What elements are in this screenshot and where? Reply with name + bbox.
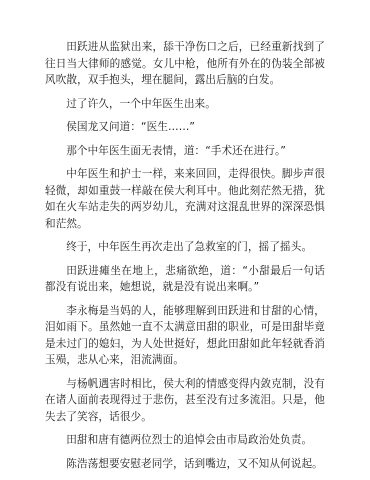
paragraph: 陈浩荡想要安慰老同学，话到嘴边，又不知从何说起。 <box>45 456 325 473</box>
document-page: 田跃进从监狱出来，舔干净伤口之后，已经重新找到了往日当大律师的感觉。女儿中枪，他… <box>45 39 325 479</box>
paragraph: 李永梅是当妈的人，能够理解到田跃进和甘甜的心情，泪如雨下。虽然她一直不太满意田甜… <box>45 303 325 369</box>
paragraph: 侯国龙又问道：“医生……” <box>45 119 325 136</box>
paragraph: 那个中年医生面无表情，道：“手术还在进行。” <box>45 143 325 160</box>
paragraph: 中年医生和护士一样，来来回回，走得很快。脚步声很轻微，却如重鼓一样敲在侯大利耳中… <box>45 166 325 232</box>
paragraph: 过了许久，一个中年医生出来。 <box>45 96 325 113</box>
paragraph: 田跃进从监狱出来，舔干净伤口之后，已经重新找到了往日当大律师的感觉。女儿中枪，他… <box>45 39 325 89</box>
paragraph: 田甜和唐有德两位烈士的追悼会由市局政治处负责。 <box>45 432 325 449</box>
paragraph: 与杨帆遇害时相比，侯大利的情感变得内敛克制，没有在诸人面前表现得过于悲伤，甚至没… <box>45 376 325 426</box>
paragraph: 田跃进瘫坐在地上，悲痛欲绝，道：“小甜最后一句话都没有说出来，她想说，就是没有说… <box>45 263 325 296</box>
paragraph: 终于，中年医生再次走出了急救室的门，摇了摇头。 <box>45 239 325 256</box>
